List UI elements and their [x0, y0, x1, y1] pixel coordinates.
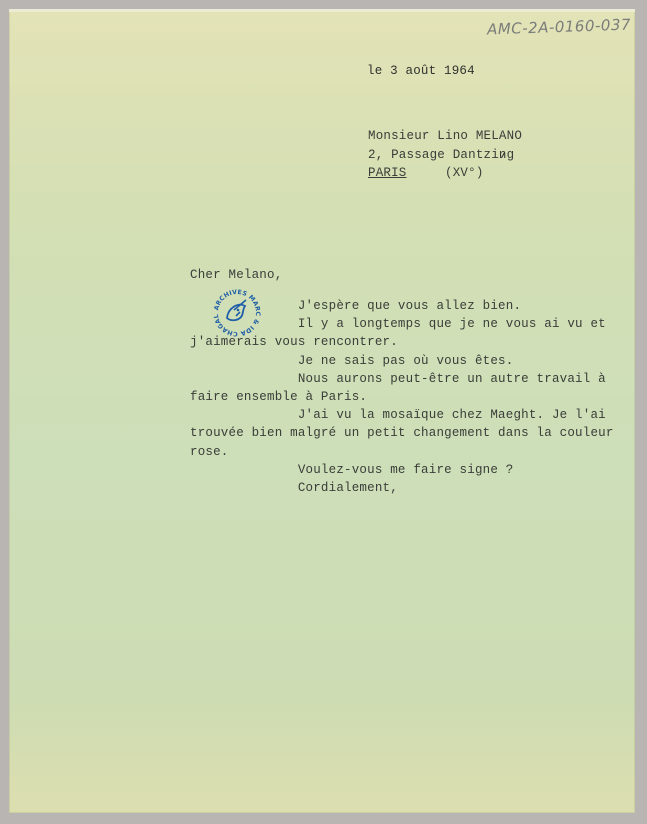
recipient-name: Monsieur Lino MELANO: [368, 129, 522, 143]
letter-line: Je ne sais pas où vous êtes.: [190, 354, 513, 368]
letter-line: rose.: [190, 445, 229, 459]
letter-line: Nous aurons peut-être un autre travail à: [190, 372, 606, 386]
struck-character: n: [499, 148, 507, 162]
letter-date: le 3 août 1964: [367, 64, 475, 78]
letter-line: J'ai vu la mosaïque chez Maeght. Je l'ai: [190, 408, 606, 422]
recipient-district: (XV°): [445, 166, 484, 180]
letter-line: faire ensemble à Paris.: [190, 390, 367, 404]
archive-stamp-icon: ARCHIVES MARC & IDA CHAGALL PARIS: [212, 288, 262, 338]
recipient-city: PARIS: [368, 166, 407, 180]
recipient-street: 2, Passage Dantzing: [368, 148, 514, 162]
street-text: 2, Passage Dantzi: [368, 148, 499, 162]
street-text-end: g: [507, 148, 515, 162]
letter-line: trouvée bien malgré un petit changement …: [190, 426, 614, 440]
letter-line: Voulez-vous me faire signe ?: [190, 463, 513, 477]
svg-text:ARCHIVES MARC & IDA CHAGALL PA: ARCHIVES MARC & IDA CHAGALL PARIS: [212, 288, 261, 337]
salutation: Cher Melano,: [190, 268, 282, 282]
letter-line: Cordialement,: [190, 481, 398, 495]
recipient-city-line: PARIS (XV°): [368, 166, 484, 180]
